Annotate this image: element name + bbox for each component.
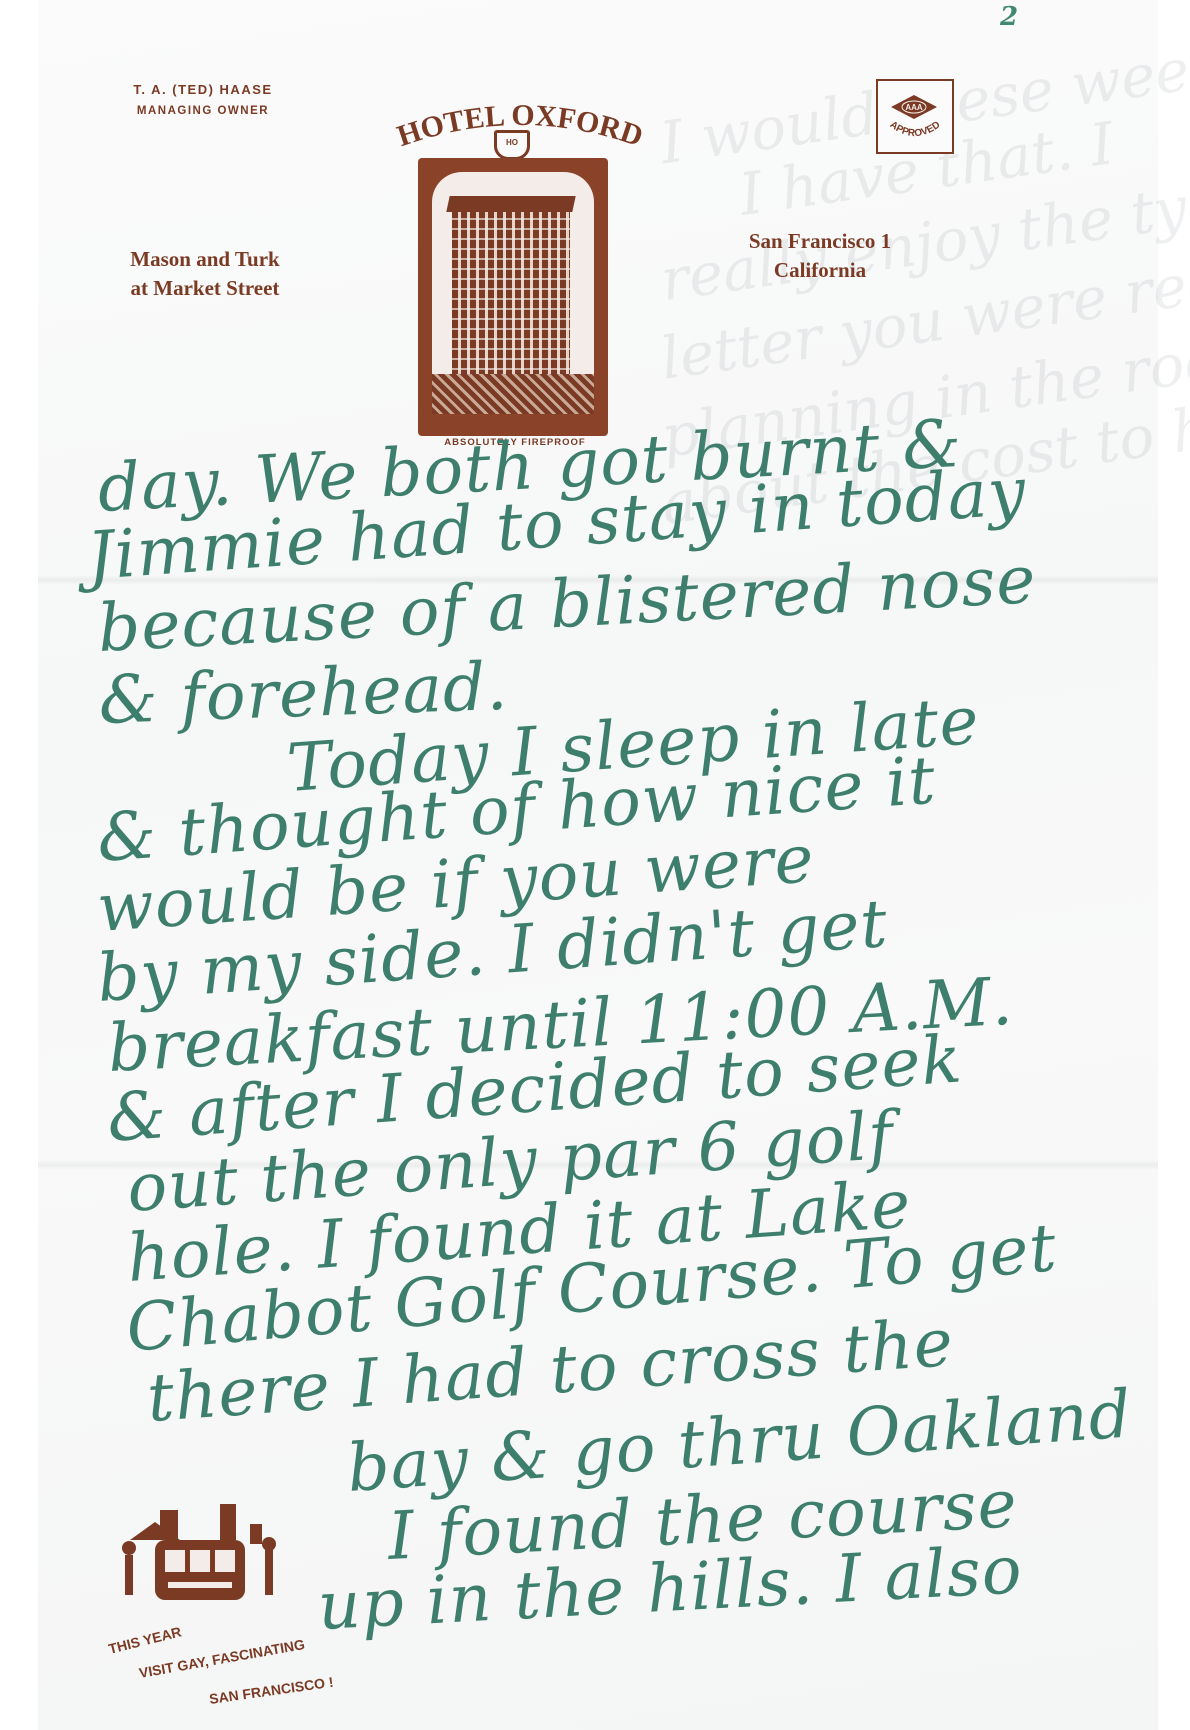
address-left-line: Mason and Turk [105,245,305,274]
aaa-diamond-icon: AAA [891,95,937,119]
svg-text:SAN FRANCISCO !: SAN FRANCISCO ! [208,1674,334,1707]
page-number: 2 [1000,2,1018,32]
owner-name: T. A. (TED) HAASE [103,82,303,97]
badge-label: APPROVED [888,119,943,139]
address-right-line: San Francisco 1 [710,227,930,256]
hotel-building-icon [418,158,608,436]
address-left: Mason and Turk at Market Street [105,245,305,303]
aaa-approved-badge: AAA APPROVED [876,79,954,154]
cable-car-icon [100,1500,300,1610]
svg-text:AAA: AAA [905,103,923,112]
crest-icon: HO [494,130,530,160]
owner-title: MANAGING OWNER [103,105,303,117]
owner-block: T. A. (TED) HAASE MANAGING OWNER [103,82,303,117]
address-left-line: at Market Street [105,274,305,303]
svg-text:APPROVED: APPROVED [888,119,943,139]
address-right: San Francisco 1 California [710,227,930,285]
san-francisco-slogan: THIS YEAR VISIT GAY, FASCINATING SAN FRA… [110,1632,340,1712]
address-right-line: California [710,256,930,285]
